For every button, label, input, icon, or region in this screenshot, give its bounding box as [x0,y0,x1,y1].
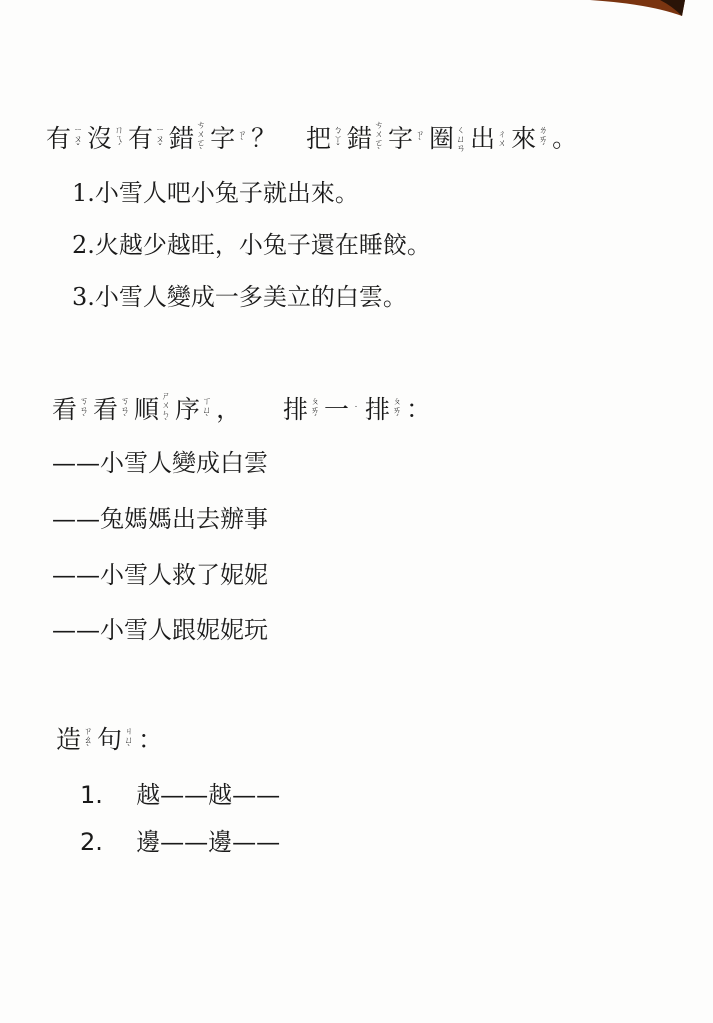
hanzi-char: 看 [52,395,77,424]
hanzi-char: 錯 [169,124,194,153]
zhuyin-annotation: ㄆㄞˊ [309,398,321,425]
zhuyin-annotation: ㄇㄟˊ [113,127,125,154]
section1-item-1: 1.小雪人吧小兔子就出來。 [72,178,359,208]
hanzi-char: 來 [511,124,536,153]
zhuyin-annotation: ㄘㄨㄛˋ [373,122,385,158]
hanzi-char: 字 [210,124,235,153]
hanzi-char: 圈 [429,124,454,153]
order-item-2: ——兔媽媽出去辦事 [52,504,268,534]
order-item-3: ——小雪人救了妮妮 [52,560,268,590]
section1-item-3: 3.小雪人變成一多美立的白雲。 [72,282,407,312]
zhuyin-annotation: ㄐㄩˋ [123,728,135,755]
hanzi-char: 看 [93,395,118,424]
hanzi-char: 一 [324,395,349,424]
hanzi-char: 字 [388,124,413,153]
hanzi-char: 有 [46,124,71,153]
hanzi-char: 造 [56,725,81,754]
zhuyin-annotation: ㄑㄩㄢ [455,127,467,154]
zhuyin-annotation: ˙ [350,407,362,416]
zhuyin-annotation: ㄌㄞˊ [537,127,549,154]
section1-title: 有ㄧㄡˇ沒ㄇㄟˊ有ㄧㄡˇ錯ㄘㄨㄛˋ字ㄗˋ？ 把ㄅㄚˇ錯ㄘㄨㄛˋ字ㄗˋ圈ㄑㄩㄢ出ㄔ… [46,122,577,158]
zhuyin-annotation: ㄧㄡˇ [72,127,84,154]
hanzi-char: 有 [128,124,153,153]
hanzi-char: 排 [365,395,390,424]
hanzi-char: 序 [175,395,200,424]
zhuyin-annotation: ㄎㄢˋ [119,398,131,425]
section2-title: 看ㄎㄢˋ看ㄎㄢˋ順ㄕㄨㄣˋ序ㄒㄩˋ， 排ㄆㄞˊ一˙排ㄆㄞˊ： [52,393,431,429]
sentence-item-1: 1. 越——越—— [80,780,280,810]
hanzi-char: 排 [283,395,308,424]
zhuyin-annotation: ㄗˋ [414,131,426,149]
zhuyin-annotation: ㄗˋ [236,131,248,149]
zhuyin-annotation: ㄒㄩˋ [201,398,213,425]
zhuyin-annotation: ㄘㄨㄛˋ [195,122,207,158]
hanzi-char: 句 [97,725,122,754]
hanzi-char: 出 [470,124,495,153]
hanzi-char: 順 [134,395,159,424]
sentence-item-2: 2. 邊——邊—— [80,827,280,857]
zhuyin-annotation: ㄔㄨ [496,131,508,149]
zhuyin-annotation: ㄧㄡˇ [154,127,166,154]
order-item-1: ——小雪人變成白雲 [52,448,268,478]
section1-item-2: 2.火越少越旺，小兔子還在睡餃。 [72,230,431,260]
order-item-4: ——小雪人跟妮妮玩 [52,615,268,645]
hanzi-char: 錯 [347,124,372,153]
zhuyin-annotation: ㄅㄚˇ [332,127,344,154]
zhuyin-annotation: ㄎㄢˋ [78,398,90,425]
corner-decoration [590,0,685,16]
section3-title: 造ㄗㄠˋ句ㄐㄩˋ： [56,725,163,755]
zhuyin-annotation: ㄆㄞˊ [391,398,403,425]
hanzi-char: 沒 [87,124,112,153]
hanzi-char: 把 [306,124,331,153]
zhuyin-annotation: ㄕㄨㄣˋ [160,393,172,429]
zhuyin-annotation: ㄗㄠˋ [82,728,94,755]
